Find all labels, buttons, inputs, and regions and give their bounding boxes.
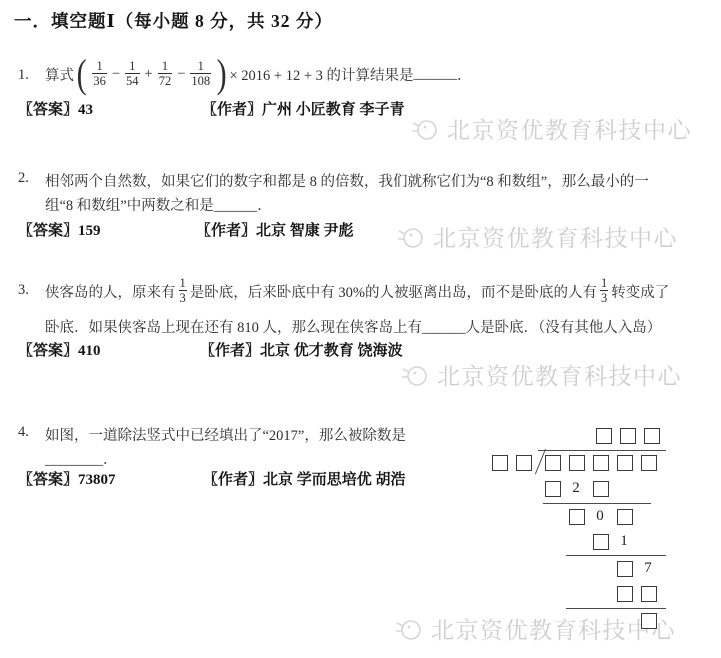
watermark-logo-icon — [400, 360, 430, 390]
operator: + — [145, 66, 153, 83]
period: ． — [457, 64, 472, 85]
fraction-1-3: 13 — [600, 276, 608, 306]
watermark: 北京资优教育科技中心 — [410, 112, 692, 145]
given-digit-0: 0 — [592, 508, 608, 525]
problem-2-line2: 组“8 和数组”中两数之和是______． — [45, 194, 272, 215]
problem-3-line1: 3. 侠客岛的人，原来有 13 是卧底，后来卧底中有 30%的人被驱离出岛，而不… — [0, 272, 721, 310]
dividend-box — [569, 455, 585, 471]
divisor-box — [492, 455, 508, 471]
dividend-box — [545, 455, 561, 471]
watermark-logo-icon — [410, 114, 440, 144]
division-rule — [566, 555, 666, 556]
problem-1-lead: 算式 — [45, 64, 74, 85]
quotient-box — [644, 428, 660, 444]
problem-3-line2: 卧底．如果侠客岛上现在还有 810 人，那么现在侠客岛上有______人是卧底．… — [45, 316, 661, 337]
close-paren: ) — [217, 54, 227, 94]
author-1: 〖作者〗广州 小匠教育 李子青 — [202, 98, 405, 119]
work-box — [593, 534, 609, 550]
division-rule — [543, 503, 651, 504]
quotient-box — [596, 428, 612, 444]
problem-4-number: 4. — [18, 424, 29, 441]
work-box — [617, 586, 633, 602]
fraction-1-108: 1108 — [190, 59, 211, 89]
answer-blank: ______ — [214, 198, 258, 214]
dividend-box — [617, 455, 633, 471]
operator: − — [177, 66, 185, 83]
answer-2: 〖答案〗159 — [18, 219, 101, 240]
watermark-logo-icon — [396, 222, 426, 252]
remainder-box — [641, 613, 657, 629]
work-box — [617, 509, 633, 525]
work-box — [617, 561, 633, 577]
answer-blank: ______ — [414, 66, 458, 83]
watermark: 北京资优教育科技中心 — [400, 358, 682, 391]
page-title: 一．填空题Ⅰ（每小题 8 分，共 32 分） — [14, 8, 333, 33]
work-box — [641, 586, 657, 602]
division-vinculum — [538, 450, 666, 451]
problem-4-line2: ________． — [45, 448, 118, 469]
author-3: 〖作者〗北京 优才教育 饶海波 — [200, 339, 403, 360]
answer-1: 〖答案〗43 — [18, 98, 93, 119]
fraction-1-54: 154 — [125, 59, 140, 89]
author-4: 〖作者〗北京 学而思培优 胡浩 — [203, 468, 406, 489]
work-box — [545, 481, 561, 497]
long-division-figure: 2 0 1 7 — [488, 426, 683, 638]
work-box — [593, 481, 609, 497]
divisor-box — [516, 455, 532, 471]
division-rule — [566, 608, 666, 609]
fraction-1-3: 13 — [179, 276, 187, 306]
problem-2-number: 2. — [18, 170, 29, 187]
answer-3: 〖答案〗410 — [18, 339, 101, 360]
problem-1-number: 1. — [18, 67, 29, 84]
operator: − — [112, 66, 120, 83]
problem-3-answer-row: 〖答案〗410 〖作者〗北京 优才教育 饶海波 — [0, 339, 721, 359]
watermark-logo-icon — [394, 614, 424, 644]
answer-blank: ______ — [422, 320, 466, 336]
problem-3-number: 3. — [18, 282, 29, 299]
given-digit-7: 7 — [640, 560, 656, 577]
quotient-box — [620, 428, 636, 444]
dividend-box — [641, 455, 657, 471]
dividend-box — [593, 455, 609, 471]
answer-blank: ________ — [45, 452, 103, 468]
fraction-1-72: 172 — [158, 59, 173, 89]
problem-2-line1: 2. 相邻两个自然数，如果它们的数字和都是 8 的倍数，我们就称它们为“8 和数… — [0, 170, 721, 191]
open-paren: ( — [77, 54, 87, 94]
watermark: 北京资优教育科技中心 — [396, 220, 678, 253]
problem-1-tail: × 2016 + 12 + 3 的计算结果是 — [229, 64, 413, 85]
answer-4: 〖答案〗73807 — [18, 468, 116, 489]
author-2: 〖作者〗北京 智康 尹彪 — [196, 219, 354, 240]
given-digit-2: 2 — [568, 480, 584, 497]
given-digit-1: 1 — [616, 533, 632, 550]
work-box — [569, 509, 585, 525]
problem-1: 1. 算式 ( 136 − 154 + 172 − 1108 ) × 2016 … — [0, 54, 721, 98]
fraction-1-36: 136 — [92, 59, 107, 89]
